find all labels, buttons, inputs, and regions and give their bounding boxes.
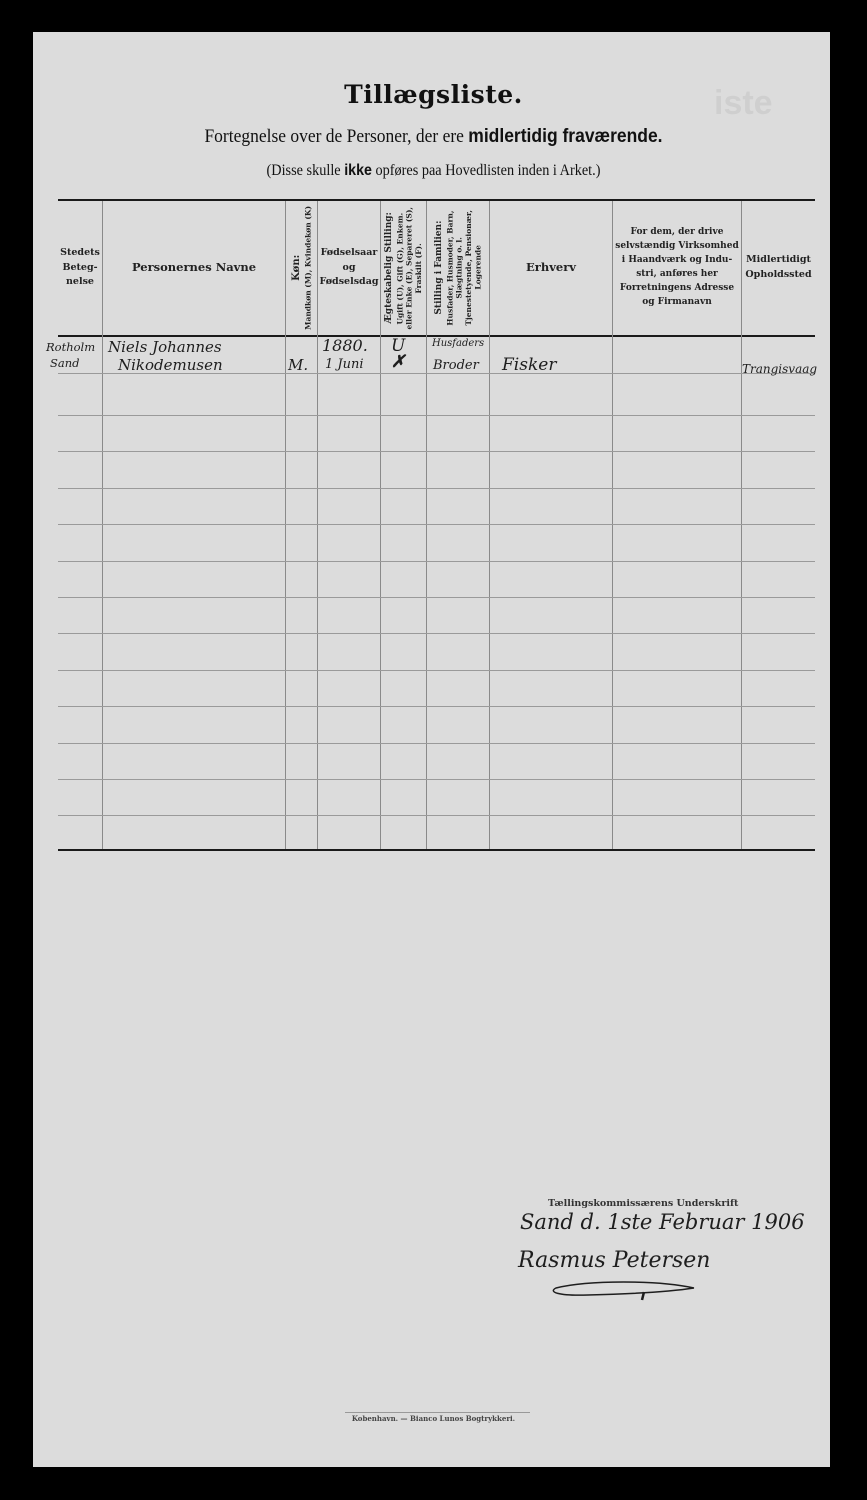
row-divider — [58, 743, 815, 744]
cell-familie-line1: Husfaders — [432, 338, 484, 349]
cell-sted-line2: Sand — [50, 356, 80, 370]
signature-name: Rasmus Petersen — [518, 1248, 710, 1273]
header-erhverv: Erhverv — [490, 201, 612, 335]
header-opholdssted: MidlertidigtOpholdssted — [742, 201, 815, 335]
row-divider — [58, 670, 815, 671]
header-virksomhed: For dem, der driveselvstændig Virksomhed… — [613, 201, 741, 335]
row-divider — [58, 451, 815, 452]
signature-place-date: Sand d. 1ste Februar 1906 — [520, 1210, 805, 1234]
cell-fodselsaar: 1880. — [322, 336, 368, 355]
cell-opholdssted: Trangisvaag — [742, 362, 817, 376]
signature-label: Tællingskommissærens Underskrift — [548, 1198, 738, 1209]
form-title: Tillægsliste. — [0, 80, 867, 109]
header-familie: Stilling i Familien:Husfader, Husmoder, … — [427, 201, 489, 335]
header-fodsel: FødselsaarogFødselsdag — [318, 201, 380, 335]
header-kon: Køn:Mandkøn (M), Kvindekøn (K) — [286, 201, 317, 335]
form-note: (Disse skulle ikke opføres paa Hovedlist… — [35, 162, 833, 180]
row-divider — [58, 815, 815, 816]
cell-fodselsdag: 1 Juni — [325, 357, 364, 372]
footer-rule — [345, 1412, 530, 1413]
row-divider — [58, 524, 815, 525]
row-divider — [58, 415, 815, 416]
header-aegteskab: Ægteskabelig Stilling:Ugift (U), Gift (G… — [381, 201, 426, 335]
header-bottom-border — [58, 335, 815, 337]
cell-navn-line1: Niels Johannes — [108, 338, 222, 356]
row-divider — [58, 597, 815, 598]
cell-kon: M. — [288, 356, 308, 374]
cell-aegteskab-mark: ✗ — [391, 352, 405, 372]
header-sted: StedetsBeteg-nelse — [58, 201, 102, 335]
row-divider — [58, 633, 815, 634]
row-divider — [58, 779, 815, 780]
cell-erhverv: Fisker — [502, 355, 556, 375]
cell-sted-line1: Rotholm — [46, 340, 95, 354]
row-divider — [58, 561, 815, 562]
table-bottom-border — [58, 849, 815, 851]
printer-imprint: Kobenhavn. — Bianco Lunos Bogtrykkeri. — [0, 1414, 867, 1423]
form-subtitle: Fortegnelse over de Personer, der ere mi… — [35, 126, 833, 148]
row-divider — [58, 706, 815, 707]
cell-navn-line2: Nikodemusen — [118, 356, 223, 374]
cell-familie-line2: Broder — [433, 358, 479, 373]
signature-flourish — [548, 1276, 698, 1302]
header-navn: Personernes Navne — [103, 201, 285, 335]
row-divider — [58, 488, 815, 489]
